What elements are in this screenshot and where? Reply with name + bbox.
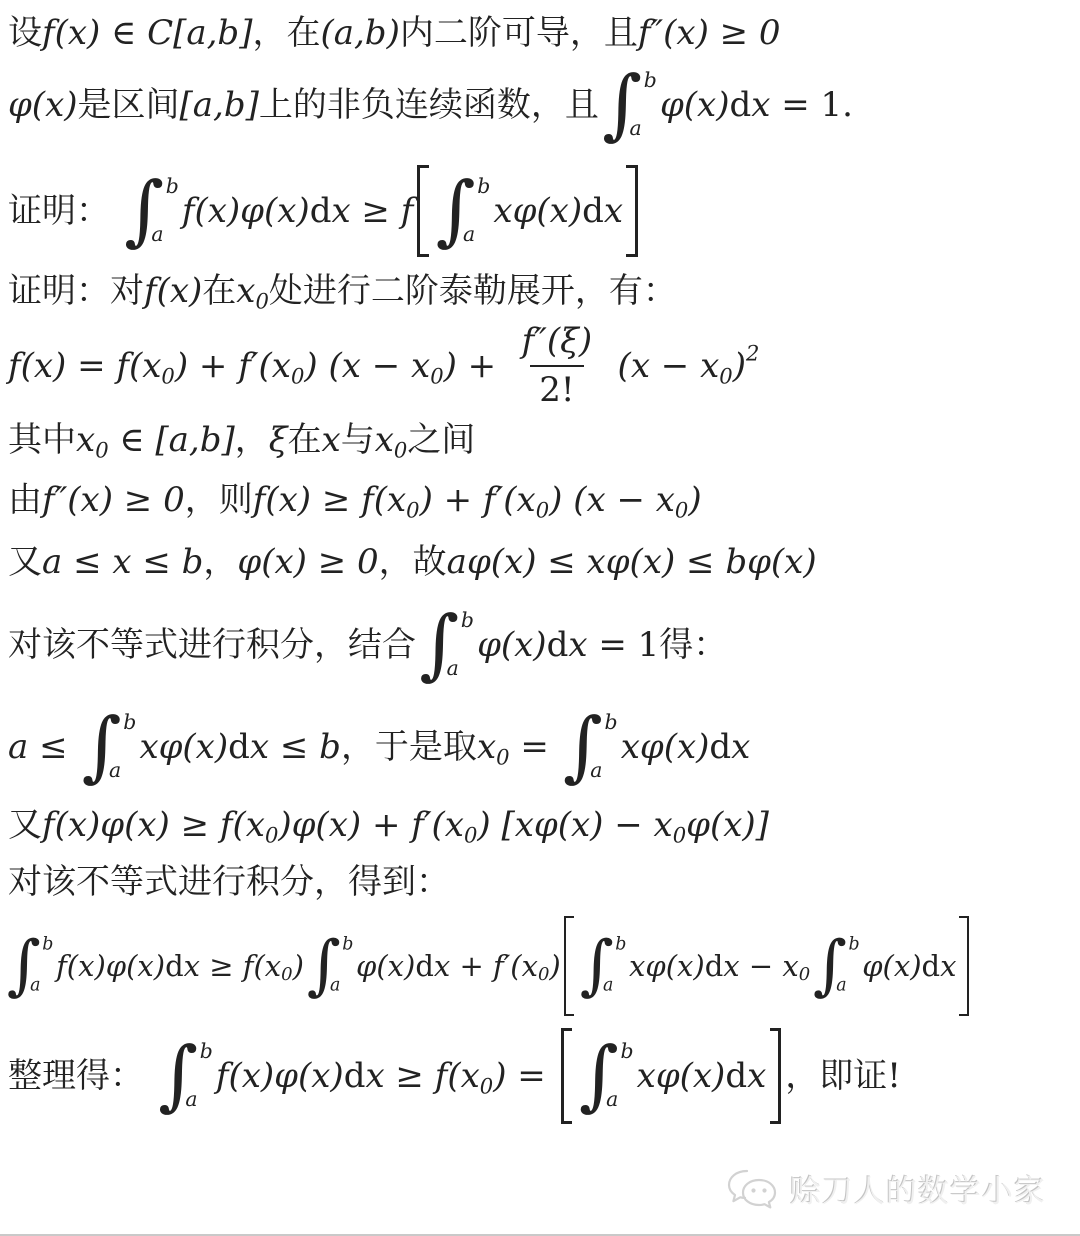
text-run: = 1. [770,85,853,126]
math-run: ) [733,346,746,387]
denominator: 2! [530,365,584,411]
formula-line-14-conclusion: 整理得： ∫baf(x)φ(x)dx ≥ f(x0) = ∫baxφ(x)dx，… [8,1026,901,1126]
text-run: d [344,1056,366,1097]
numerator: f″(ξ) [512,321,602,365]
formula-line-3-claim: 证明： ∫baf(x)φ(x)dx ≥ f∫baxφ(x)dx [8,158,642,264]
integral-limits: ba [619,1039,632,1112]
subscript: 0 [161,364,174,389]
math-run: φ(x) [660,85,730,126]
math-run: ) [549,949,560,984]
math-run: aφ(x) ≤ xφ(x) ≤ bφ(x) [447,542,817,583]
math-run: x ≥ f(x [365,1056,479,1097]
math-run: ) [xφ(x) − x [477,805,672,846]
integral-limits: ba [164,174,177,247]
math-run: x [747,1056,766,1097]
math-run: φ(x)] [686,805,769,846]
subscript: 0 [538,964,549,986]
subscript: 0 [480,1074,493,1099]
formula-line-12-integrate-again: 对该不等式进行积分，得到： [8,858,450,906]
subscript: 0 [719,364,732,389]
text-run: 其中 [8,420,76,461]
lower-limit: a [151,224,164,244]
formula-line-4-proof-intro: 证明：对f(x)在x0处进行二阶泰勒展开，有： [8,266,677,316]
text-run: 内二阶可导，且 [400,13,638,54]
integral-limits: ba [341,935,352,998]
math-run: x [322,420,341,461]
lower-limit: a [330,977,341,994]
formula-line-10-x0-definition: a ≤ ∫baxφ(x)dx ≤ b，于是取x0 = ∫baxφ(x)dx [8,698,750,796]
lower-limit: a [606,1089,619,1109]
math-run: x [375,420,394,461]
formula-line-8-phi-bounds: 又a ≤ x ≤ b，φ(x) ≥ 0，故aφ(x) ≤ xφ(x) ≤ bφ(… [8,538,817,586]
text-run: d [582,191,604,232]
text-run: d [547,625,569,666]
lower-limit: a [590,760,603,780]
text-run: 由 [8,480,42,521]
subscript: 0 [281,964,292,986]
text-run: d [729,85,751,126]
math-run: ξ [269,420,288,461]
math-run: x [604,191,623,232]
math-run: φ(x) [356,949,415,984]
upper-limit: b [200,1041,213,1061]
math-run: φ(x) [862,949,921,984]
formula-line-2-given-2: φ(x)是区间[a,b]上的非负连续函数，且∫baφ(x)dx = 1. [8,58,853,152]
integral-limits: ba [614,935,625,998]
text-run: 与 [341,420,375,461]
subscript: 0 [536,498,549,523]
math-run: )φ(x) + f′(x [278,805,464,846]
text-run: 又 [8,805,42,846]
math-run: f(x) ∈ C[a,b] [42,13,252,54]
integral: ∫ba [436,173,489,250]
text-run: d [922,949,941,984]
math-run: f″(x) ≥ 0 [638,13,781,54]
text-run: ，故 [379,542,447,583]
text-run: d [725,1056,747,1097]
math-run: ∈ [a,b] [109,420,235,461]
integral-limits: ba [198,1039,211,1112]
upper-limit: b [620,1041,633,1061]
formula-line-13-integrated-inequality: ∫baf(x)φ(x)dx ≥ f(x0)∫baφ(x)dx + f′(x0)∫… [4,912,973,1020]
math-run: ) + [444,346,507,387]
math-run: φ(x) ≥ 0 [237,542,378,583]
subscript: 0 [406,498,419,523]
text-run: ，于是取 [341,727,477,768]
subscript: 0 [799,964,810,986]
math-run: = [510,727,560,768]
math-run: xφ(x) [493,191,582,232]
math-run: x [940,949,956,984]
math-run: f(x) = f(x [8,346,161,387]
text-run: ，即证! [785,1056,901,1097]
text-run: d [415,949,434,984]
math-run: x [236,271,255,312]
subscript: 0 [673,823,686,848]
text-run: 之间 [407,420,475,461]
formula-line-6-condition-range: 其中x0 ∈ [a,b]，ξ在x与x0之间 [8,415,475,465]
integral: ∫ba [580,933,625,998]
text-run: 处进行二阶泰勒展开，有： [269,271,677,312]
subscript: 0 [675,498,688,523]
integral: ∫ba [82,709,135,786]
left-square-bracket [564,916,574,1016]
math-run: f(x)φ(x) [56,949,165,984]
text-run: 上的非负连续函数，且 [259,85,599,126]
lower-limit: a [185,1089,198,1109]
math-run: xφ(x) [629,949,705,984]
integral-limits: ba [122,710,135,783]
math-run: ) (x − x [304,346,430,387]
upper-limit: b [848,936,859,953]
text-run: 又 [8,542,42,583]
subscript: 0 [291,364,304,389]
text-run: 对该不等式进行积分，得到： [8,862,450,903]
math-run: (x − x [607,346,720,387]
lower-limit: a [109,760,122,780]
integral-limits: ba [41,935,52,998]
math-run: x ≥ f(x [184,949,282,984]
upper-limit: b [123,712,136,732]
integral: ∫ba [158,1038,211,1115]
text-run: ， [203,542,237,583]
integral: ∫ba [419,607,472,684]
lower-limit: a [447,658,460,678]
lower-limit: a [603,977,614,994]
text-run: 对该不等式进行积分，结合 [8,625,416,666]
text-run: d [228,727,250,768]
math-run: φ(x) [8,85,78,126]
math-run: f(x)φ(x) [216,1056,344,1097]
text-run: 整理得： [8,1056,155,1097]
integral-limits: ba [642,68,655,141]
math-run: x [477,727,496,768]
upper-limit: b [166,176,179,196]
lower-limit: a [463,224,476,244]
math-run: f″(ξ) [522,321,593,362]
integral-limits: ba [459,608,472,681]
math-run: a ≤ x ≤ b [42,542,203,583]
math-run: x [568,625,587,666]
formula-line-9-integrate-combined: 对该不等式进行积分，结合∫baφ(x)dx = 1得： [8,596,727,694]
math-run: f(x) [144,271,202,312]
subscript: 0 [464,823,477,848]
integral: ∫ba [124,173,177,250]
math-run: ) (x − x [549,480,675,521]
formula-line-5-taylor-expansion: f(x) = f(x0) + f′(x0) (x − x0) + f″(ξ)2!… [8,318,759,414]
text-run: 在 [288,420,322,461]
integral: ∫ba [7,933,52,998]
subscript: 0 [394,438,407,463]
text-run: ， [235,420,269,461]
watermark-label: 赊刀人的数学小家 [790,1166,1046,1211]
upper-limit: b [42,936,53,953]
right-square-bracket [959,916,969,1016]
math-run: ) [688,480,701,521]
text-run: d [709,727,731,768]
math-run: xφ(x) [139,727,228,768]
math-run: ) + f′(x [175,346,291,387]
upper-limit: b [461,610,474,630]
text-run: 设 [8,13,42,54]
math-run: x − x [723,949,798,984]
math-run: f(x)φ(x) ≥ f(x [42,805,265,846]
text-run: 证明： [8,191,121,232]
upper-limit: b [644,70,657,90]
text-run: 2! [539,370,574,411]
formula-line-7-convexity-inequality: 由f″(x) ≥ 0，则f(x) ≥ f(x0) + f′(x0) (x − x… [8,476,702,524]
upper-limit: b [605,712,618,732]
math-run: x + f′(x [434,949,538,984]
math-run: ) + f′(x [420,480,536,521]
math-run: (a,b) [320,13,399,54]
math-run: ) = [493,1056,556,1097]
integral-limits: ba [603,710,616,783]
formula-line-1-given-1: 设f(x) ∈ C[a,b]，在(a,b)内二阶可导，且f″(x) ≥ 0 [8,10,781,56]
text-run: ，则 [185,480,253,521]
text-run: 是区间 [78,85,180,126]
text-run: 证明：对 [8,271,144,312]
math-run: x [76,420,95,461]
upper-limit: b [615,936,626,953]
math-run: x [731,727,750,768]
math-run: ) [293,949,304,984]
text-run: = 1得： [588,625,728,666]
formula-line-11-product-inequality: 又f(x)φ(x) ≥ f(x0)φ(x) + f′(x0) [xφ(x) − … [8,801,769,849]
math-run: xφ(x) [637,1056,726,1097]
integral: ∫ba [307,933,352,998]
math-run: φ(x) [477,625,547,666]
integral: ∫ba [813,933,858,998]
lower-limit: a [30,977,41,994]
integral: ∫ba [563,709,616,786]
math-run: x ≤ b [250,727,341,768]
text-run: d [310,191,332,232]
math-run: f(x) ≥ f(x [253,480,406,521]
subscript: 0 [430,364,443,389]
lower-limit: a [629,118,642,138]
integral-limits: ba [847,935,858,998]
math-run: [a,b] [180,85,259,126]
math-run: a ≤ [8,727,78,768]
left-square-bracket [561,1028,573,1124]
integral: ∫ba [579,1038,632,1115]
subscript: 0 [95,438,108,463]
text-run: 在 [202,271,236,312]
superscript: 2 [746,341,759,366]
math-run: f(x)φ(x) [182,191,310,232]
right-square-bracket [626,165,638,257]
left-square-bracket [417,165,429,257]
lower-limit: a [836,977,847,994]
upper-limit: b [477,176,490,196]
subscript: 0 [255,289,268,314]
wechat-icon [726,1168,780,1210]
text-run: d [705,949,724,984]
right-square-bracket [770,1028,782,1124]
integral-limits: ba [476,174,489,247]
math-proof-document: 设f(x) ∈ C[a,b]，在(a,b)内二阶可导，且f″(x) ≥ 0φ(x… [0,0,1080,1236]
watermark: 赊刀人的数学小家 [726,1166,1046,1211]
math-run: x ≥ f [331,191,413,232]
upper-limit: b [342,936,353,953]
math-run: xφ(x) [621,727,710,768]
math-run: x [751,85,770,126]
subscript: 0 [265,823,278,848]
integral: ∫ba [602,67,655,144]
fraction: f″(ξ)2! [512,321,602,411]
subscript: 0 [496,745,509,770]
text-run: d [165,949,184,984]
text-run: ，在 [252,13,320,54]
math-run: f″(x) ≥ 0 [42,480,185,521]
